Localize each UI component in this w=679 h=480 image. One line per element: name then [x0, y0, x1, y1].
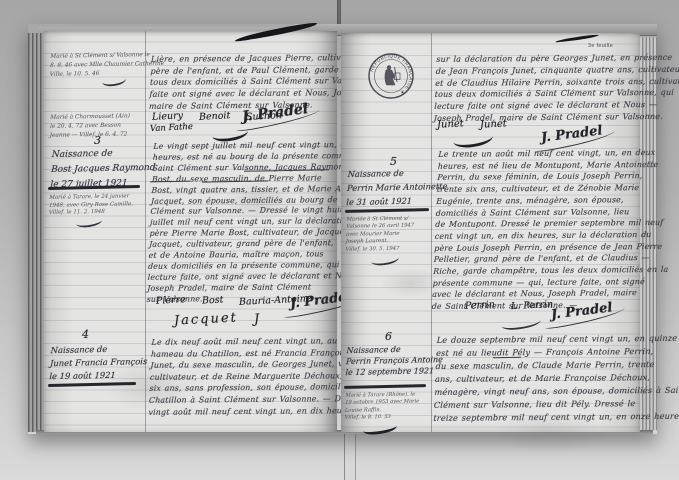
signature: Jacquet [174, 310, 239, 328]
signature: Benoit [199, 110, 231, 123]
paraph-flourish [452, 128, 494, 150]
folio-label: 3e feuille [588, 43, 613, 49]
act-6-body: Le douze septembre mil neuf cent vingt u… [433, 332, 639, 425]
pen-flourish [234, 21, 318, 43]
register-page-right: 3e feuille RÉPUBLIQUE FRANÇAISE ★ [341, 33, 640, 432]
signature: J [253, 312, 261, 327]
signature: Van Fathe [150, 122, 193, 134]
signature: Junet [480, 118, 507, 130]
marginal-mention: Marié à St Clément s/ Valsonne le8. 8. 4… [50, 51, 145, 80]
handwritten-line: Villef. le 8. 10. 53 [344, 413, 430, 422]
signature: Lieury [152, 110, 184, 123]
signature: Junet [437, 118, 464, 130]
signature-row: JacquetJ [174, 312, 277, 327]
marginal-mention: Marié à Tarare, le 24 janvier1948, avec … [49, 193, 146, 217]
republique-francaise-stamp-icon: RÉPUBLIQUE FRANÇAISE ★ [367, 52, 415, 100]
scanned-register-spread: Marié à St Clément s/ Valsonne le8. 8. 4… [0, 0, 679, 480]
handwritten-line: le 12 septembre 1921 [345, 365, 450, 378]
signature: L. Perrin [511, 299, 554, 312]
handwritten-line: Bost Jacques Raymond [51, 161, 152, 178]
act-number: 6 [385, 330, 392, 343]
act-4-body: Le dix neuf août mil neuf cent vingt un,… [148, 335, 338, 418]
act-number: 4 [82, 328, 89, 341]
handwritten-line: le 19 août 1921 [49, 368, 158, 383]
act-margin-title: Naissance deJunet Francia Françoisle 19 … [49, 342, 159, 383]
signature: Bost [201, 294, 223, 306]
handwritten-line: Villef. le 30. 5. 1947 [345, 245, 429, 254]
handwritten-line: vingt août mil neuf cent vingt un, en di… [148, 405, 334, 418]
handwritten-line: Perrin Marie Antoinette [347, 179, 448, 195]
handwritten-line: Ville. le 10. 5. 46 [50, 69, 144, 80]
handwritten-line: Chatillon à Saint Clément sur Valsonne. … [149, 393, 335, 406]
page-stack-edge-left [28, 33, 44, 432]
handwritten-line: le 31 août 1921 [346, 193, 447, 209]
marginal-mention: Mariée à St Clément s/Valsonne le 26 avr… [345, 215, 430, 254]
act-5-body: Le trente un août mil neuf cent vingt, u… [431, 147, 640, 313]
handwritten-line: 19 octobre 1953 avec Marie [345, 399, 431, 408]
handwritten-line: Junet Francia François [50, 355, 159, 370]
book-clamp-strip [344, 431, 356, 480]
paraph-flourish [500, 314, 541, 332]
signature: Pierre [156, 294, 186, 307]
margin-underline [344, 384, 426, 388]
margin-underline [345, 208, 429, 212]
pen-flourish [555, 34, 599, 43]
paraph-flourish [370, 252, 399, 267]
signature: Perrin [465, 299, 495, 312]
signature-row: JunetJunet [437, 119, 523, 130]
act-margin-title: Naissance dePerrin Marie Antoinettele 31… [346, 165, 448, 209]
paraph-flourish [362, 420, 397, 436]
register-page-left: Marié à St Clément s/ Valsonne le8. 8. 4… [44, 31, 337, 432]
register-book: Marié à St Clément s/ Valsonne le8. 8. 4… [28, 24, 657, 434]
mayor-signature: J. Pradel [540, 123, 603, 145]
act-number: 3 [94, 134, 101, 147]
act-3-body: Le vingt sept juillet mil neuf cent ving… [146, 140, 339, 305]
handwritten-line: treize septembre mil neuf cent vingt un,… [433, 410, 636, 425]
paraph-flourish [75, 215, 102, 229]
signature-row: Van Fathe [150, 123, 209, 133]
marginal-mention: Marié à Tarare (Rhône), le19 octobre 195… [344, 391, 431, 422]
act-4-body-end: sur la déclaration du père Georges Junet… [433, 52, 636, 125]
